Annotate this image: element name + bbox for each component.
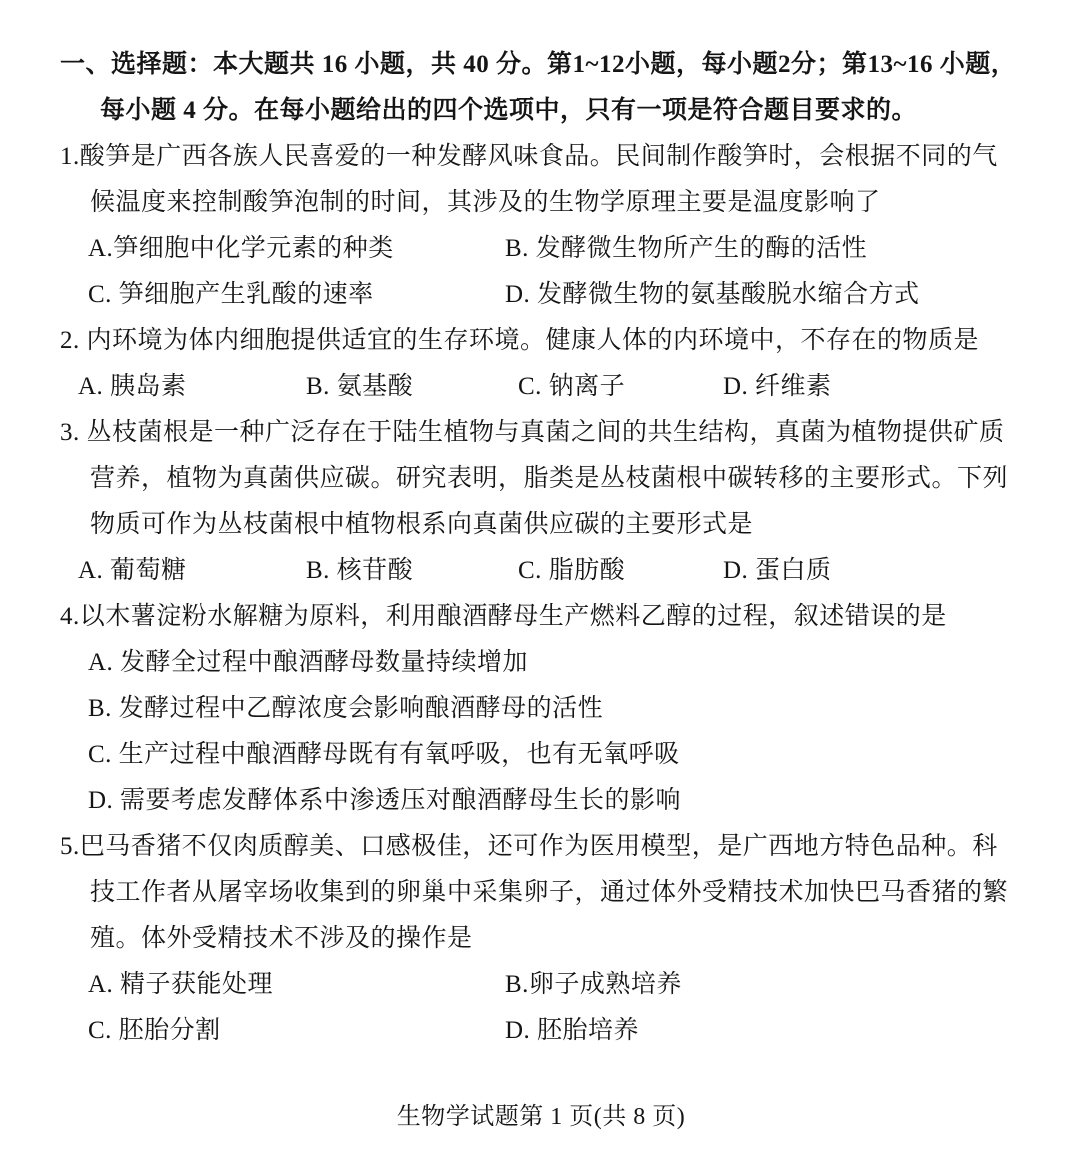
question-3: 3. 丛枝菌根是一种广泛存在于陆生植物与真菌之间的共生结构，真菌为植物提供矿质营…	[60, 410, 1022, 594]
question-2-stem: 2. 内环境为体内细胞提供适宜的生存环境。健康人体的内环境中，不存在的物质是	[60, 318, 1022, 364]
question-5-option-d: D. 胚胎培养	[505, 1008, 1022, 1054]
question-3-stem-text: 丛枝菌根是一种广泛存在于陆生植物与真菌之间的共生结构，真菌为植物提供矿质营养，植…	[87, 419, 1009, 538]
question-2-stem-text: 内环境为体内细胞提供适宜的生存环境。健康人体的内环境中，不存在的物质是	[87, 327, 980, 354]
question-4-option-a: A. 发酵全过程中酿酒酵母数量持续增加	[88, 640, 1022, 686]
question-1-option-d: D. 发酵微生物的氨基酸脱水缩合方式	[505, 272, 1022, 318]
question-2-options: A. 胰岛素 B. 氨基酸 C. 钠离子 D. 纤维素	[60, 364, 1022, 410]
question-3-option-c: C. 脂肪酸	[518, 548, 723, 594]
question-2-option-c: C. 钠离子	[518, 364, 723, 410]
question-1-options: A.笋细胞中化学元素的种类 B. 发酵微生物所产生的酶的活性 C. 笋细胞产生乳…	[60, 226, 1022, 318]
question-5-option-b: B.卵子成熟培养	[505, 962, 1022, 1008]
question-1-option-b: B. 发酵微生物所产生的酶的活性	[505, 226, 1022, 272]
question-3-option-a: A. 葡萄糖	[78, 548, 306, 594]
question-5-stem: 5.巴马香猪不仅肉质醇美、口感极佳，还可作为医用模型，是广西地方特色品种。科技工…	[60, 824, 1022, 962]
question-4-option-d: D. 需要考虑发酵体系中渗透压对酿酒酵母生长的影响	[88, 778, 1022, 824]
question-4-number: 4.	[60, 603, 80, 630]
section-header: 一、选择题：本大题共 16 小题，共 40 分。第1~12小题，每小题2分；第1…	[60, 42, 1022, 134]
question-2-number: 2.	[60, 327, 80, 354]
question-2-option-b: B. 氨基酸	[306, 364, 518, 410]
question-2-option-d: D. 纤维素	[723, 364, 1022, 410]
question-2: 2. 内环境为体内细胞提供适宜的生存环境。健康人体的内环境中，不存在的物质是 A…	[60, 318, 1022, 410]
question-3-number: 3.	[60, 419, 80, 446]
question-2-option-a: A. 胰岛素	[78, 364, 306, 410]
question-3-option-b: B. 核苷酸	[306, 548, 518, 594]
question-5-number: 5.	[60, 833, 80, 860]
question-5-option-a: A. 精子获能处理	[88, 962, 505, 1008]
question-1-number: 1.	[60, 143, 80, 170]
question-3-options: A. 葡萄糖 B. 核苷酸 C. 脂肪酸 D. 蛋白质	[60, 548, 1022, 594]
question-4-options: A. 发酵全过程中酿酒酵母数量持续增加 B. 发酵过程中乙醇浓度会影响酿酒酵母的…	[60, 640, 1022, 824]
question-5: 5.巴马香猪不仅肉质醇美、口感极佳，还可作为医用模型，是广西地方特色品种。科技工…	[60, 824, 1022, 1054]
question-3-option-d: D. 蛋白质	[723, 548, 1022, 594]
question-5-stem-text: 巴马香猪不仅肉质醇美、口感极佳，还可作为医用模型，是广西地方特色品种。科技工作者…	[80, 833, 1008, 952]
question-1-stem: 1.酸笋是广西各族人民喜爱的一种发酵风味食品。民间制作酸笋时，会根据不同的气候温…	[60, 134, 1022, 226]
question-1-option-a: A.笋细胞中化学元素的种类	[88, 226, 505, 272]
question-5-option-c: C. 胚胎分割	[88, 1008, 505, 1054]
question-4-option-b: B. 发酵过程中乙醇浓度会影响酿酒酵母的活性	[88, 686, 1022, 732]
question-4: 4.以木薯淀粉水解糖为原料，利用酿酒酵母生产燃料乙醇的过程，叙述错误的是 A. …	[60, 594, 1022, 824]
question-1: 1.酸笋是广西各族人民喜爱的一种发酵风味食品。民间制作酸笋时，会根据不同的气候温…	[60, 134, 1022, 318]
question-4-option-c: C. 生产过程中酿酒酵母既有有氧呼吸，也有无氧呼吸	[88, 732, 1022, 778]
question-1-option-c: C. 笋细胞产生乳酸的速率	[88, 272, 505, 318]
question-4-stem-text: 以木薯淀粉水解糖为原料，利用酿酒酵母生产燃料乙醇的过程，叙述错误的是	[80, 603, 947, 630]
exam-page: 一、选择题：本大题共 16 小题，共 40 分。第1~12小题，每小题2分；第1…	[0, 0, 1080, 1173]
question-5-options: A. 精子获能处理 B.卵子成熟培养 C. 胚胎分割 D. 胚胎培养	[60, 962, 1022, 1054]
question-1-stem-text: 酸笋是广西各族人民喜爱的一种发酵风味食品。民间制作酸笋时，会根据不同的气候温度来…	[80, 143, 998, 216]
question-3-stem: 3. 丛枝菌根是一种广泛存在于陆生植物与真菌之间的共生结构，真菌为植物提供矿质营…	[60, 410, 1022, 548]
question-4-stem: 4.以木薯淀粉水解糖为原料，利用酿酒酵母生产燃料乙醇的过程，叙述错误的是	[60, 594, 1022, 640]
page-footer: 生物学试题第 1 页(共 8 页)	[60, 1094, 1022, 1140]
